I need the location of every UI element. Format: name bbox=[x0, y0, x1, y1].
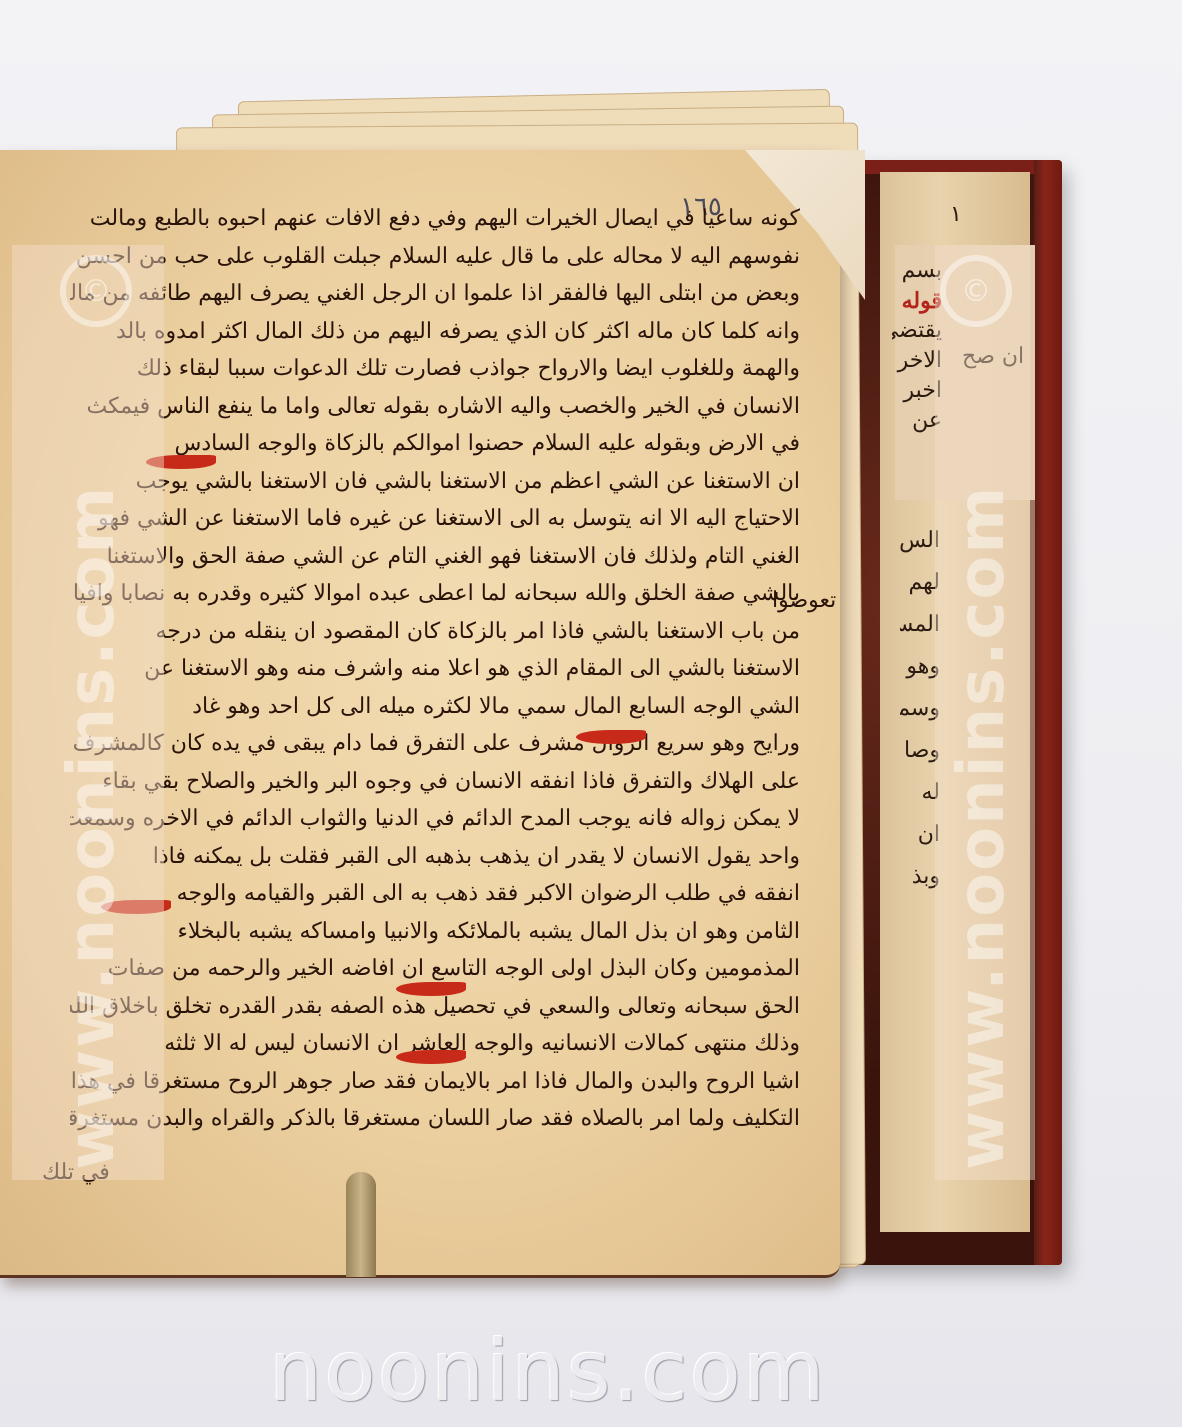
text-line: الشي الوجه السابع المال سمي مالا لكثره م… bbox=[70, 688, 800, 726]
adjacent-line: له bbox=[900, 772, 940, 814]
text-line: اشيا الروح والبدن والمال فاذا امر بالايم… bbox=[70, 1063, 800, 1101]
adjacent-line: لهم bbox=[900, 562, 940, 604]
text-line: الغني التام ولذلك فان الاستغنا فهو الغني… bbox=[70, 538, 800, 576]
adjacent-line: الس bbox=[900, 520, 940, 562]
text-line: انفقه في طلب الرضوان الاكبر فقد ذهب به ا… bbox=[70, 875, 800, 913]
rubric-stroke bbox=[396, 1050, 466, 1064]
text-line: وبعض من ابتلى اليها فالفقر اذا علموا ان … bbox=[70, 275, 800, 313]
rubric-stroke bbox=[396, 982, 466, 996]
text-line: لا يمكن زواله فانه يوجب المدح الدائم في … bbox=[70, 800, 800, 838]
watermark-vertical-left: www.noonins.com bbox=[55, 330, 129, 1170]
text-line: الثامن وهو ان بذل المال يشبه بالملائكه و… bbox=[70, 913, 800, 951]
text-line: على الهلاك والتفرق فاذا انفقه الانسان في… bbox=[70, 763, 800, 801]
text-line: التكليف ولما امر بالصلاه فقد صار اللسان … bbox=[70, 1100, 800, 1138]
text-line: من باب الاستغنا بالشي فاذا امر بالزكاة ك… bbox=[70, 613, 800, 651]
text-line: والهمة وللغلوب ايضا والارواح جواذب فصارت… bbox=[70, 350, 800, 388]
manuscript-photo: ١ بسم قوله يقتضي الاخر اخبر عن ان صح الس… bbox=[0, 0, 1182, 1427]
margin-note: تعوضوا bbox=[772, 588, 836, 613]
adjacent-line: ان bbox=[900, 814, 940, 856]
text-line: الانسان في الخير والخصب واليه الاشاره بق… bbox=[70, 388, 800, 426]
text-line: الاحتياج اليه الا انه يتوسل به الى الاست… bbox=[70, 500, 800, 538]
adjacent-line: المس bbox=[900, 604, 940, 646]
watermark-bottom: noonins.com bbox=[238, 1322, 858, 1420]
adjacent-page-lower-text: الس لهم المس وهو وسمى وصا له ان وبذ bbox=[900, 520, 940, 898]
text-line: ورايح وهو سريع الزوال مشرف على التفرق فم… bbox=[70, 725, 800, 763]
text-line: واحد يقول الانسان لا يقدر ان يذهب بذهبه … bbox=[70, 838, 800, 876]
adjacent-page-number: ١ bbox=[950, 200, 962, 230]
text-block: كونه ساعيا في ايصال الخيرات اليهم وفي دف… bbox=[70, 200, 800, 1138]
text-line: بالشي صفة الخلق والله سبحانه لما اعطى عب… bbox=[70, 575, 800, 613]
text-line: نفوسهم اليه لا محاله على ما قال عليه الس… bbox=[70, 238, 800, 276]
copyright-logo-icon: © bbox=[940, 255, 1012, 327]
text-line: وانه كلما كان ماله اكثر كان الذي يصرفه ا… bbox=[70, 313, 800, 351]
text-line: كونه ساعيا في ايصال الخيرات اليهم وفي دف… bbox=[70, 200, 800, 238]
bookmark-ribbon bbox=[346, 1172, 376, 1277]
text-line: الاستغنا بالشي الى المقام الذي هو اعلا م… bbox=[70, 650, 800, 688]
watermark-vertical-right: www.noonins.com bbox=[945, 330, 1019, 1170]
adjacent-line: وهو bbox=[900, 646, 940, 688]
adjacent-line: وسمى bbox=[900, 688, 940, 730]
cover-spine-edge bbox=[1034, 160, 1062, 1265]
rubric-stroke bbox=[576, 730, 646, 744]
adjacent-line: وبذ bbox=[900, 856, 940, 898]
adjacent-line: وصا bbox=[900, 730, 940, 772]
copyright-logo-icon: © bbox=[60, 255, 132, 327]
